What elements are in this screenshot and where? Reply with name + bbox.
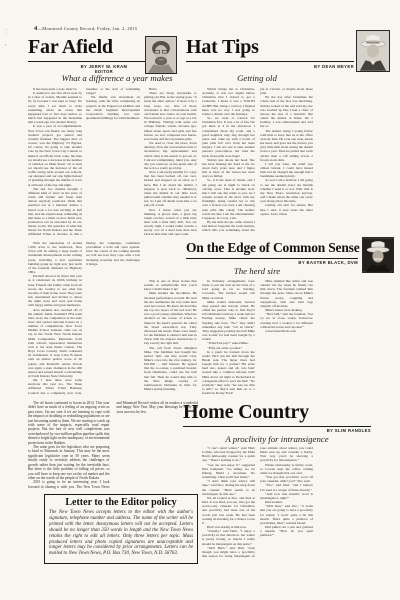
hat-tips-title: Hat Tips bbox=[186, 36, 259, 58]
home-country-body: “I can't stand winter,” said Herb Collin… bbox=[202, 446, 371, 562]
letter-policy-title: Letter to the Editor policy bbox=[49, 497, 193, 509]
common-sense-title: On the Edge of Common Sense bbox=[186, 240, 359, 255]
man-in-cowboy-hat-portrait-icon bbox=[357, 31, 389, 71]
scan-artifact-mark: ▪ bbox=[5, 42, 6, 48]
letter-policy-box: Letter to the Editor policy The New Town… bbox=[44, 494, 198, 564]
letter-policy-text: The New Town News accepts letters to the… bbox=[49, 510, 193, 557]
hat-tips-body: Hello,There are many downsides to gettin… bbox=[144, 87, 371, 237]
home-country-subhead: A proclivity for intransigence bbox=[183, 434, 371, 444]
man-in-white-hat-dark-background-portrait-icon bbox=[363, 238, 393, 272]
dean-meyer-photo bbox=[356, 30, 390, 72]
hat-tips-subhead: Getting old bbox=[150, 73, 364, 83]
hat-tips-rule bbox=[186, 61, 354, 62]
common-sense-subhead: The herd sire bbox=[150, 266, 364, 276]
common-sense-byline: BY BAXTER BLACK, DVM bbox=[240, 260, 358, 265]
far-afield-body-bottom: The oil boom continued to boom in 2014. … bbox=[28, 401, 198, 491]
jerry-kram-photo bbox=[145, 36, 177, 74]
masthead-text: —Mountrail County Record, Friday, Jan. 2… bbox=[37, 26, 137, 31]
far-afield-body-mid: With the annexation of around 1,000 acre… bbox=[28, 241, 140, 397]
scan-artifact-mark: ¦ bbox=[6, 29, 7, 35]
common-sense-rule bbox=[186, 258, 358, 259]
far-afield-rule bbox=[28, 61, 145, 62]
hat-tips-byline: BY DEAN MEYER bbox=[240, 64, 354, 69]
common-sense-body: This is one of those stories that sounds… bbox=[144, 279, 371, 397]
far-afield-title: Far Afield bbox=[28, 36, 113, 58]
masthead-line: 4—Mountrail County Record, Friday, Jan. … bbox=[34, 25, 137, 32]
baxter-black-photo bbox=[362, 237, 394, 273]
home-country-title: Home Country bbox=[183, 401, 309, 423]
newspaper-page: ¦ ▪ 4—Mountrail County Record, Friday, J… bbox=[0, 0, 400, 600]
man-with-beard-portrait-icon bbox=[146, 37, 176, 73]
far-afield-body-top: It has been quite a year, hasn't it.It s… bbox=[28, 87, 140, 237]
